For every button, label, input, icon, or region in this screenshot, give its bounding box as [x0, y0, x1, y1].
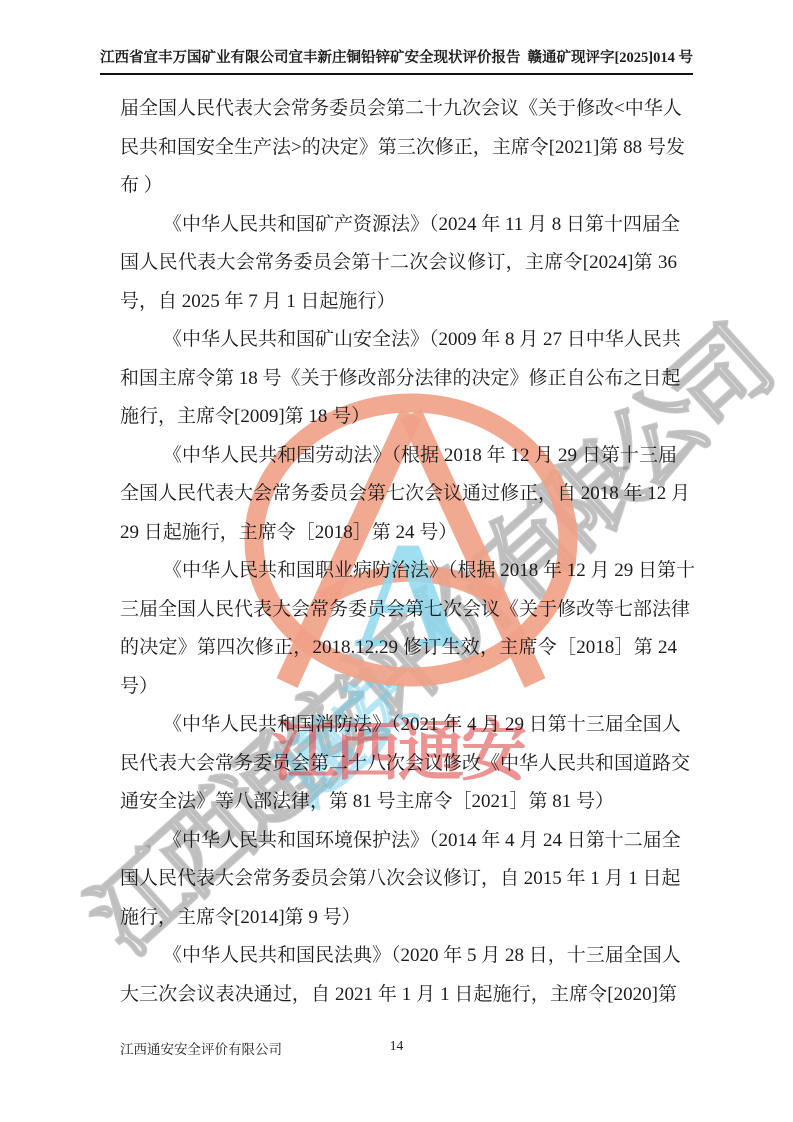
body-line: 国人民代表大会常务委员会第十二次会议修订，主席令[2024]第 36 [120, 244, 677, 283]
body-line: 《中华人民共和国职业病防治法》（根据 2018 年 12 月 29 日第十 [120, 552, 677, 591]
body-line: 国人民代表大会常务委员会第八次会议修订，自 2015 年 1 月 1 日起 [120, 860, 677, 899]
body-line: 号） [120, 668, 677, 707]
page-header: 江西省宜丰万国矿业有限公司宜丰新庄铜铅锌矿安全现状评价报告 赣通矿现评字[202… [100, 48, 693, 75]
body-line: 布 ） [120, 167, 677, 206]
body-line: 三届全国人民代表大会常务委员会第七次会议《关于修改等七部法律 [120, 591, 677, 630]
document-page: 江西通安评价有限公司 通安 A 江西通安 江西省宜丰万国矿业有限公司宜丰新庄铜铅… [0, 0, 793, 1122]
header-report-title: 江西省宜丰万国矿业有限公司宜丰新庄铜铅锌矿安全现状评价报告 [100, 48, 521, 68]
body-line: 29 日起施行，主席令［2018］第 24 号） [120, 514, 677, 553]
body-line: 施行，主席令[2014]第 9 号） [120, 899, 677, 938]
header-document-number: 赣通矿现评字[2025]014 号 [527, 48, 693, 68]
body-line: 《中华人民共和国劳动法》（根据 2018 年 12 月 29 日第十三届 [120, 437, 677, 476]
body-line: 号，自 2025 年 7 月 1 日起施行） [120, 283, 677, 322]
body-line: 通安全法》等八部法律，第 81 号主席令［2021］第 81 号） [120, 783, 677, 822]
body-line: 《中华人民共和国环境保护法》（2014 年 4 月 24 日第十二届全 [120, 822, 677, 861]
body-line: 《中华人民共和国民法典》（2020 年 5 月 28 日，十三届全国人 [120, 937, 677, 976]
body-line: 施行，主席令[2009]第 18 号） [120, 398, 677, 437]
body-line: 民代表大会常务委员会第二十八次会议修改《中华人民共和国道路交 [120, 745, 677, 784]
body-line: 和国主席令第 18 号《关于修改部分法律的决定》修正自公布之日起 [120, 360, 677, 399]
body-line: 全国人民代表大会常务委员会第七次会议通过修正，自 2018 年 12 月 [120, 475, 677, 514]
footer-page-number: 14 [0, 1038, 793, 1054]
body-text: 届全国人民代表大会常务委员会第二十九次会议《关于修改<中华人民共和国安全生产法>… [120, 90, 677, 1014]
body-line: 的决定》第四次修正，2018.12.29 修订生效，主席令［2018］第 24 [120, 629, 677, 668]
body-line: 《中华人民共和国矿产资源法》（2024 年 11 月 8 日第十四届全 [120, 206, 677, 245]
body-line: 大三次会议表决通过，自 2021 年 1 月 1 日起施行，主席令[2020]第 [120, 976, 677, 1015]
body-line: 《中华人民共和国矿山安全法》（2009 年 8 月 27 日中华人民共 [120, 321, 677, 360]
body-line: 《中华人民共和国消防法》（2021 年 4 月 29 日第十三届全国人 [120, 706, 677, 745]
body-line: 届全国人民代表大会常务委员会第二十九次会议《关于修改<中华人 [120, 90, 677, 129]
body-line: 民共和国安全生产法>的决定》第三次修正，主席令[2021]第 88 号发 [120, 129, 677, 168]
